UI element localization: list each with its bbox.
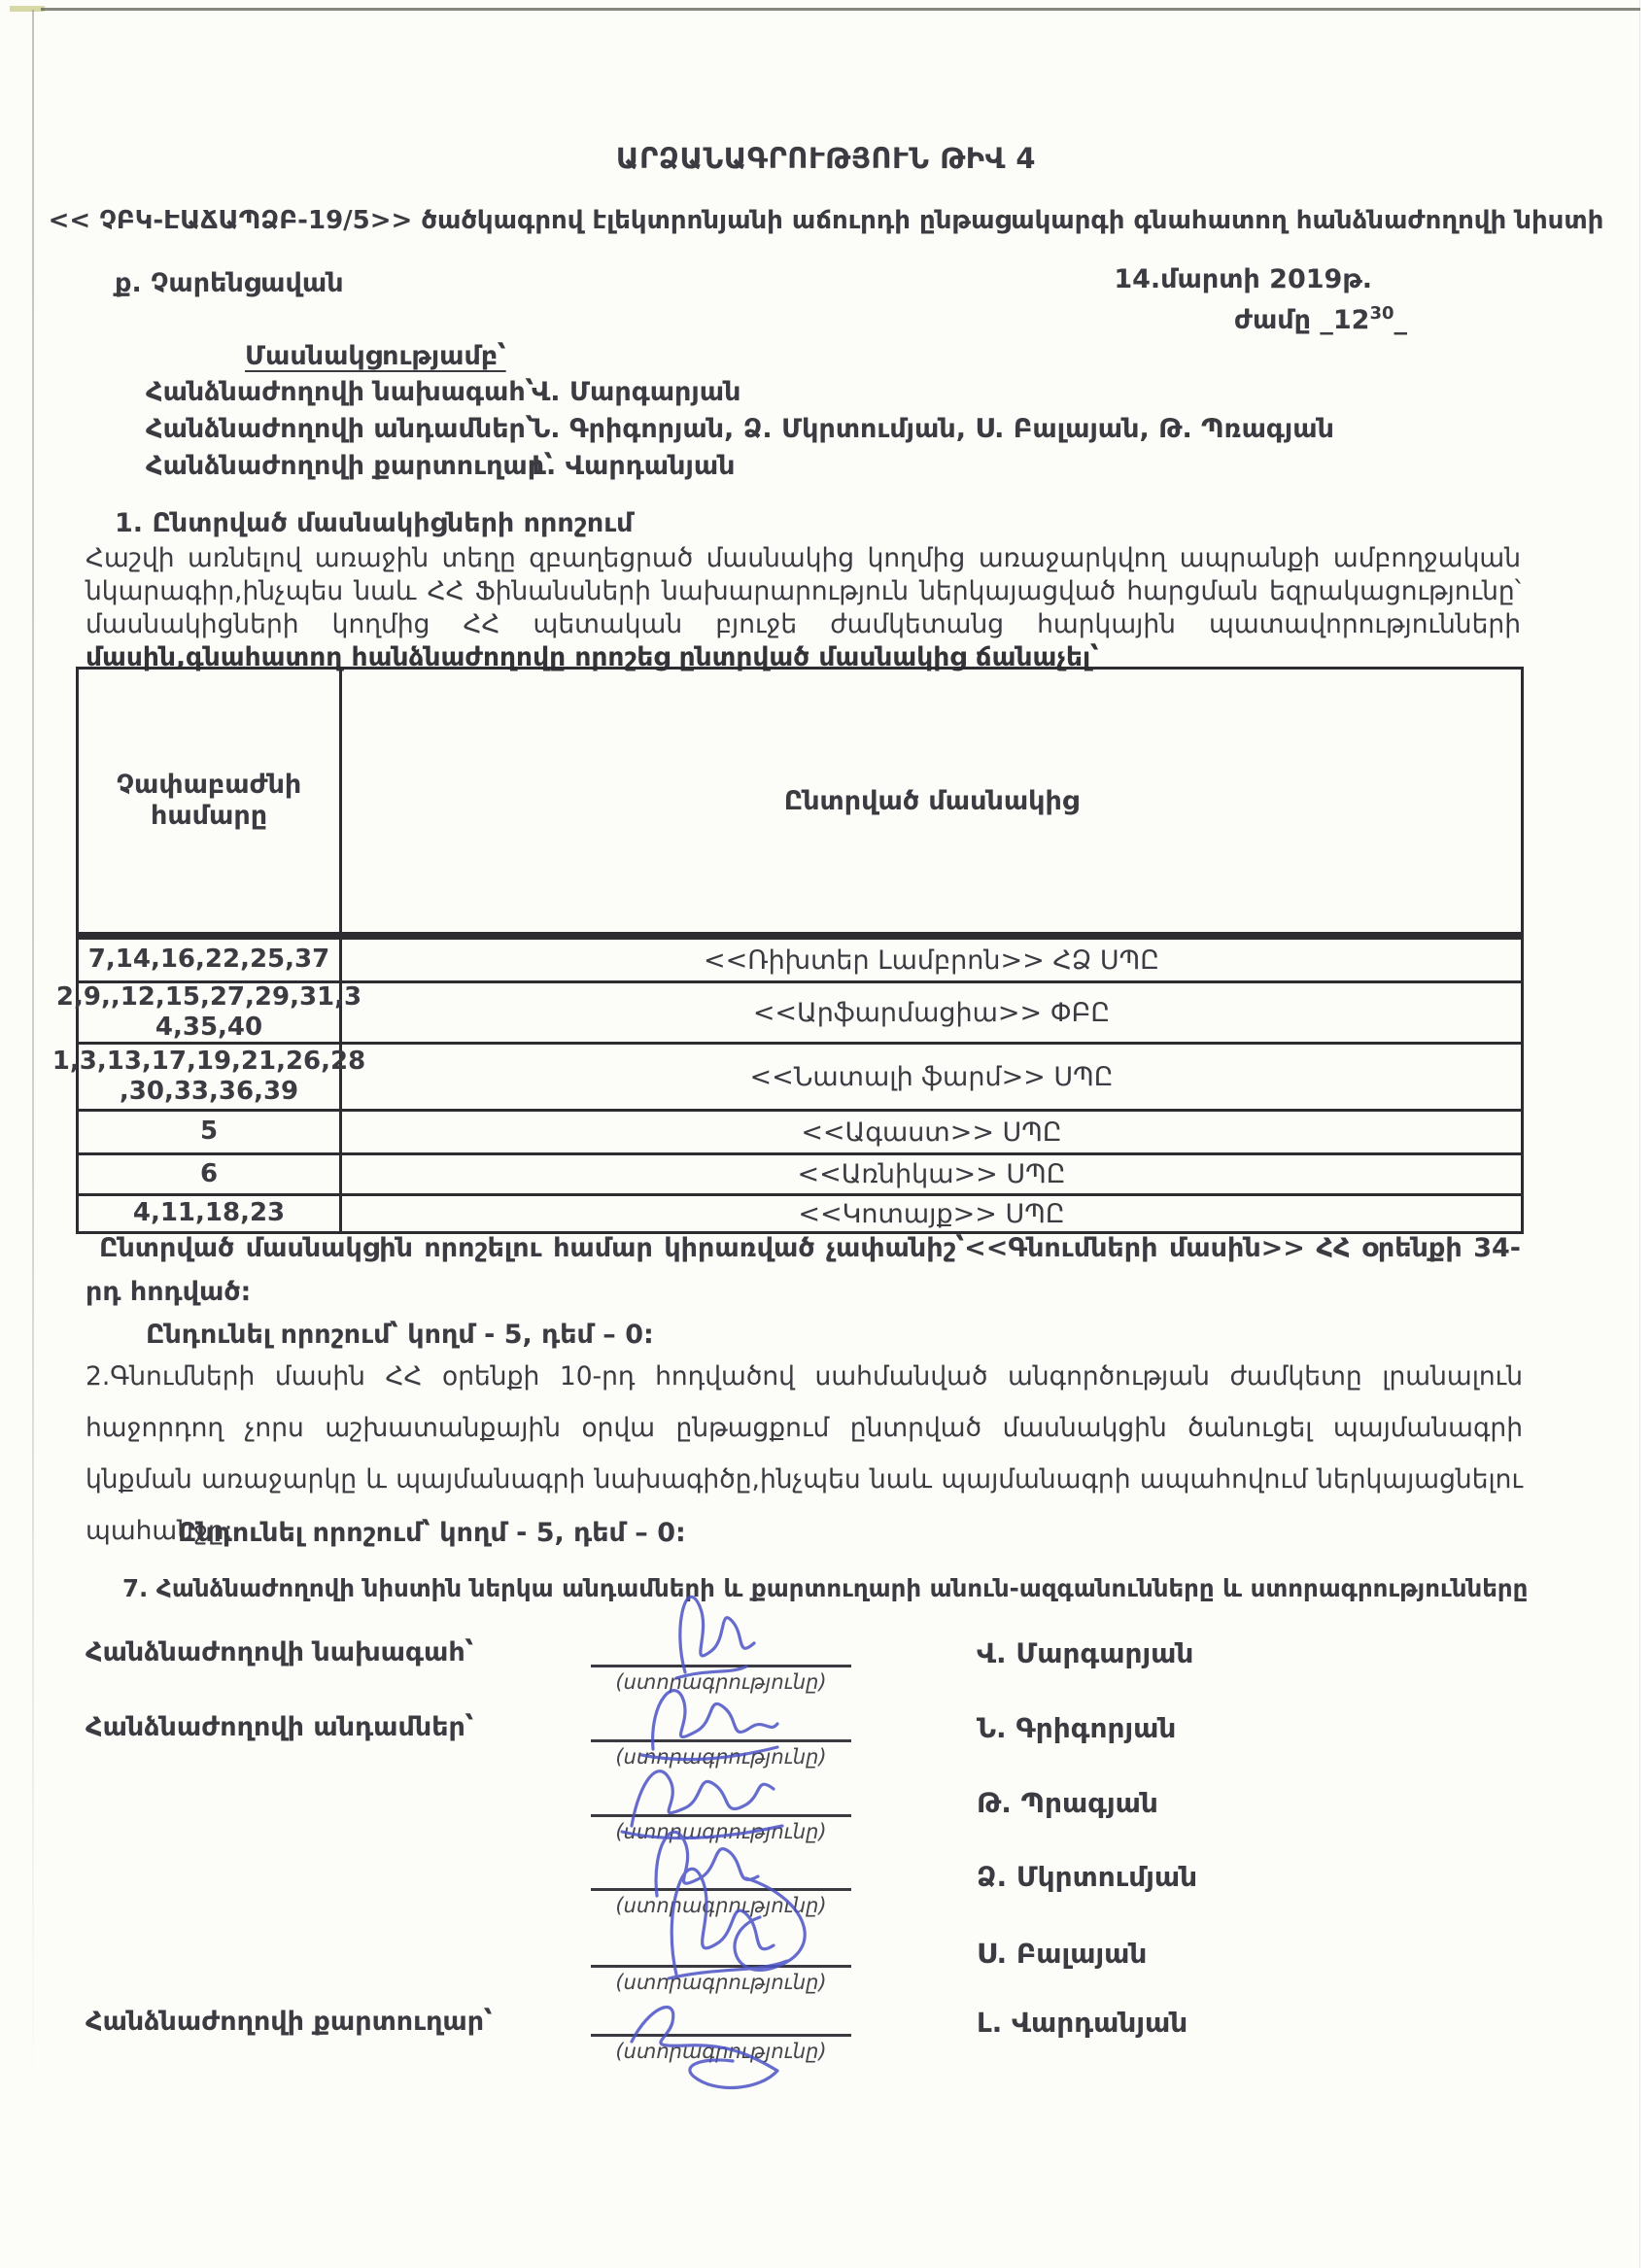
time-suffix: _ [1394,305,1408,335]
participant-name-secretary: Լ. Վարդանյան [532,451,736,481]
signature-ink [656,1832,805,1970]
signatory-name: Վ. Մարգարյան [977,1637,1193,1669]
scanned-protocol-document: ԱՐՁԱՆԱԳՐՈՒԹՅՈՒՆ ԹԻՎ 4 << ՉԲԿ-ԷԱՃԱՊՁԲ-19/… [0,0,1652,2268]
signatory-name: Ձ. Մկրտումյան [977,1861,1197,1893]
table-row: 1,3,13,17,19,21,26,28 ,30,33,36,39 <<Նատ… [79,1042,1521,1109]
signature-role-members: Հանձնաժողովի անդամներ՝ [86,1712,473,1742]
table-header-row: Չափաբաժնի համարը Ընտրված մասնակից [79,670,1521,937]
participants-heading: Մասնակցությամբ՝ [245,341,506,371]
city-label: ք. Չարենցավան [115,268,344,298]
table-row: 5 <<Ագաստ>> ՍՊԸ [79,1109,1521,1152]
scan-edge-line [1639,0,1640,2268]
time-prefix: ժամը _12 [1234,305,1370,335]
signature-role-secretary: Հանձնաժողովի քարտուղար՝ [86,2007,493,2037]
signatory-name: Թ. Պրագյան [977,1787,1158,1819]
lot-numbers-cell: 1,3,13,17,19,21,26,28 ,30,33,36,39 [79,1045,342,1109]
scan-corner-mark [10,6,45,12]
date-label: 14.մարտի 2019թ. [1114,264,1372,294]
document-title: ԱՐՁԱՆԱԳՐՈՒԹՅՈՒՆ ԹԻՎ 4 [0,142,1652,175]
participant-cell: <<Ագաստ>> ՍՊԸ [342,1112,1521,1152]
participant-cell: <<Արֆարմացիա>> ՓԲԸ [342,983,1521,1042]
participant-name-chairman: Վ. Մարգարյան [532,377,740,407]
table-row: 6 <<Առնիկա>> ՍՊԸ [79,1152,1521,1193]
signature-ink [676,1597,754,1678]
vote-result-1: Ընդունել որոշում՝ կողմ - 5, դեմ – 0: [146,1320,654,1350]
signature-ink [641,1691,777,1760]
signature-role-chairman: Հանձնաժողովի նախագահ՝ [86,1637,473,1667]
section1-heading: 1. Ընտրված մասնակիցների որոշում [115,508,634,538]
table-header-lot-number: Չափաբաժնի համարը [79,670,342,932]
table-row: 7,14,16,22,25,37 <<Ռիխտեր Լամբրոն>> ՀՁ Ս… [79,937,1521,980]
participant-role-members: Հանձնաժողովի անդամներ՝ [146,414,533,444]
time-label: ժամը _1230_ [1234,303,1407,335]
participant-cell: <<Նատալի ֆարմ>> ՍՊԸ [342,1045,1521,1109]
participant-names-members: Ն. Գրիգորյան, Ձ. Մկրտումյան, Ս. Բալայան,… [532,414,1334,444]
selection-criteria-text: Ընտրված մասնակցին որոշելու համար կիրառվա… [86,1226,1521,1314]
signature-ink-overlay [486,1555,991,2099]
participant-role-chairman: Հանձնաժողովի նախագահ՝ [146,377,533,407]
lot-numbers-cell: 7,14,16,22,25,37 [79,940,342,980]
selected-participants-table: Չափաբաժնի համարը Ընտրված մասնակից 7,14,1… [76,667,1524,1234]
signature-ink [632,2008,777,2088]
participant-cell: <<Ռիխտեր Լամբրոն>> ՀՁ ՍՊԸ [342,940,1521,980]
document-subtitle: << ՉԲԿ-ԷԱՃԱՊՁԲ-19/5>> ծածկագրով էլեկտրոն… [0,206,1652,235]
time-superscript: 30 [1369,303,1394,324]
scan-top-edge-line [41,8,1640,11]
lot-numbers-cell: 6 [79,1155,342,1193]
section1-body-text: Հաշվի առնելով առաջին տեղը զբաղեցրած մասն… [86,543,1521,639]
participant-cell: <<Առնիկա>> ՍՊԸ [342,1155,1521,1193]
signatory-name: Ն. Գրիգորյան [977,1712,1176,1744]
table-row: 2,9,,12,15,27,29,31,3 4,35,40 <<Արֆարմաց… [79,980,1521,1042]
signatory-name: Լ. Վարդանյան [977,2007,1187,2039]
lot-numbers-cell: 5 [79,1112,342,1152]
scan-left-edge-line [32,10,34,2099]
vote-result-2: Ընդունել որոշում՝ կողմ - 5, դեմ – 0: [178,1518,686,1548]
scan-edge-strip [1640,0,1652,2268]
section1-paragraph: Հաշվի առնելով առաջին տեղը զբաղեցրած մասն… [86,542,1521,674]
signatory-name: Ս. Բալայան [977,1938,1147,1970]
table-header-selected-participant: Ընտրված մասնակից [342,670,1521,932]
signature-ink [669,1869,787,1978]
participant-role-secretary: Հանձնաժողովի քարտուղար՝ [146,451,553,481]
lot-numbers-cell: 2,9,,12,15,27,29,31,3 4,35,40 [79,983,342,1042]
signature-ink [622,1771,782,1838]
